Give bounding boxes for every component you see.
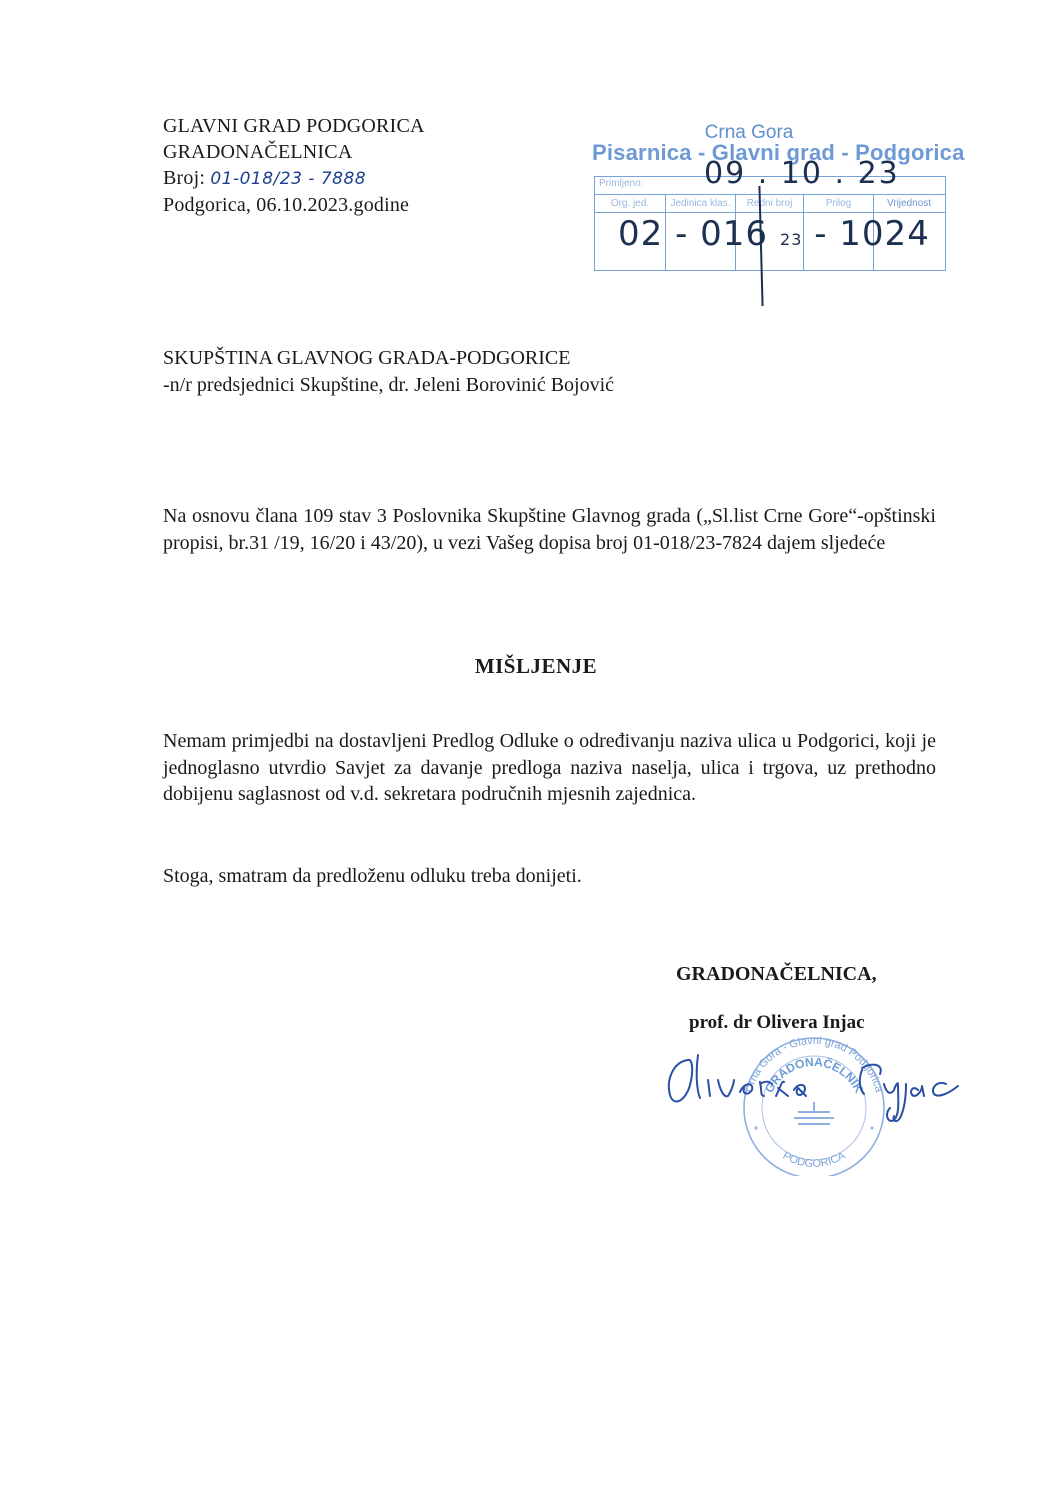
reference-label: Broj:	[163, 167, 205, 189]
stamp-col-value: Vrijednost	[874, 195, 944, 212]
recipient-block: SKUPŠTINA GLAVNOG GRADA-PODGORICE -n/r p…	[163, 345, 614, 399]
body-paragraph-2: Stoga, smatram da predloženu odluku treb…	[163, 863, 936, 890]
document-title: MIŠLJENJE	[0, 654, 1058, 679]
office-name: GRADONAČELNICA	[163, 139, 425, 165]
stamp-received-date: 09 . 10 . 23	[704, 156, 900, 191]
stamp-col-serial: Redni broj	[736, 195, 804, 212]
handwritten-signature-icon	[648, 1040, 968, 1130]
institution-name: GLAVNI GRAD PODGORICA	[163, 113, 425, 139]
reference-number: Broj: 01-018/23 - 7888	[163, 165, 425, 192]
recipient-institution: SKUPŠTINA GLAVNOG GRADA-PODGORICE	[163, 345, 614, 372]
reference-number-handwritten: 01-018/23 - 7888	[210, 169, 366, 189]
stamp-column-headers: Org. jed. Jedinica klas. Redni broj Pril…	[595, 195, 945, 213]
stamp-col-attachment: Prilog	[804, 195, 874, 212]
sender-header: GLAVNI GRAD PODGORICA GRADONAČELNICA Bro…	[163, 113, 425, 218]
stamp-received-label: Primljeno:	[599, 178, 643, 189]
stamp-number-year: 23	[780, 230, 802, 249]
stamp-number-main: 02 - 016	[618, 214, 768, 254]
stamp-number-tail: - 1024	[814, 214, 930, 254]
stamp-col-org: Org. jed.	[595, 195, 666, 212]
stamp-registry-number: 02 - 01623 - 1024	[618, 214, 930, 254]
stamp-col-class: Jedinica klas.	[666, 195, 736, 212]
svg-text:PODGORICA: PODGORICA	[781, 1149, 848, 1170]
body-paragraph-1: Nemam primjedbi na dostavljeni Predlog O…	[163, 728, 936, 808]
recipient-attention: -n/r predsjednici Skupštine, dr. Jeleni …	[163, 372, 614, 399]
place-date: Podgorica, 06.10.2023.godine	[163, 192, 425, 218]
signatory-title: GRADONAČELNICA,	[676, 963, 877, 986]
intro-paragraph: Na osnovu člana 109 stav 3 Poslovnika Sk…	[163, 503, 936, 556]
